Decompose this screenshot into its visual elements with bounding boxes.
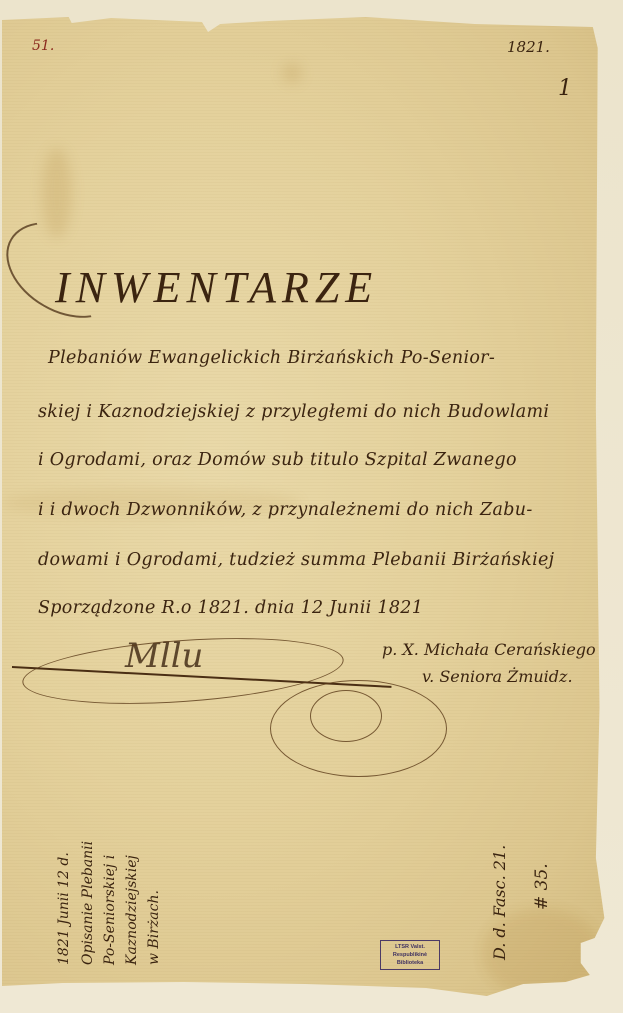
body-line-4: i i dwoch Dzwonników, z przynależnemi do… <box>38 500 533 520</box>
body-line-1: Plebaniów Ewangelickich Birżańskich Po-S… <box>48 348 495 368</box>
margin-note-left-line: Po-Seniorskiej i <box>102 855 118 965</box>
margin-note-right-line: # 35. <box>532 863 552 910</box>
year-header: 1821. <box>507 38 550 56</box>
stamp-line-2: Respublikinė <box>384 951 436 959</box>
document-title: INWENTARZE <box>55 262 378 313</box>
paper-stain <box>282 63 302 83</box>
signature-line-2: v. Seniora Żmuidz. <box>422 667 573 686</box>
page-number: 1 <box>558 76 572 101</box>
margin-note-left-line: 1821 Junii 12 d. <box>56 852 72 965</box>
margin-note-right: D. d. Fasc. 21. # 35. <box>480 790 580 970</box>
stamp-line-1: LTSR Valst. <box>384 943 436 951</box>
body-line-3: i Ogrodami, oraz Domów sub titulo Szpita… <box>38 450 517 470</box>
margin-note-left-line: Opisanie Plebanii <box>80 841 96 965</box>
margin-note-left: 1821 Junii 12 d. Opisanie Plebanii Po-Se… <box>52 800 172 970</box>
flourish-loop <box>310 690 382 742</box>
margin-note-left-line: w Birżach. <box>146 890 162 965</box>
body-line-6-date: Sporządzone R.o 1821. dnia 12 Junii 1821 <box>38 598 423 618</box>
body-line-5: dowami i Ogrodami, tudzież summa Plebani… <box>38 550 554 570</box>
library-stamp: LTSR Valst. Respublikinė Biblioteka <box>380 940 440 970</box>
body-line-2: skiej i Kaznodziejskiej z przyległemi do… <box>38 402 549 422</box>
margin-note-left-line: Kaznodziejskiej <box>124 855 140 965</box>
margin-note-right-line: D. d. Fasc. 21. <box>490 845 509 960</box>
stamp-line-3: Biblioteka <box>384 959 436 967</box>
folio-number: 51. <box>32 38 54 54</box>
signature-line-1: p. X. Michała Cerańskiego <box>382 640 596 659</box>
